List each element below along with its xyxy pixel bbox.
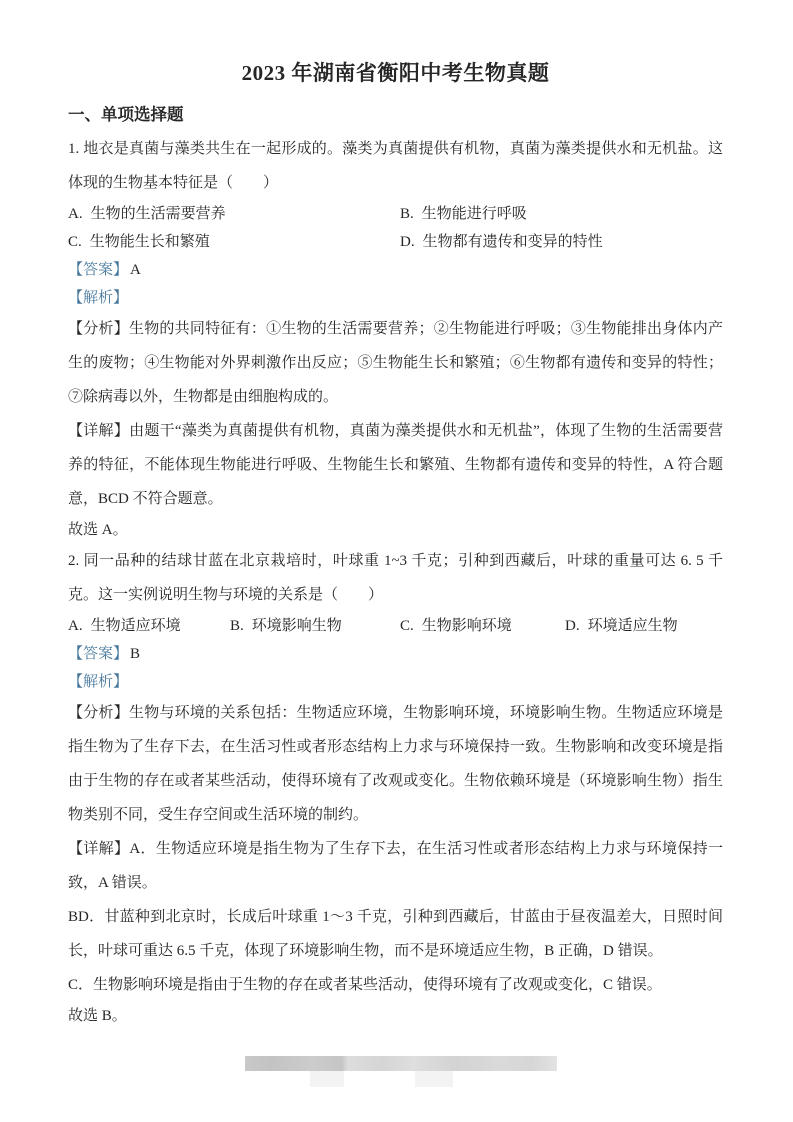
q1-options-row-1: A.生物的生活需要营养 B.生物能进行呼吸: [68, 200, 723, 228]
explain-tag: 【解析】: [68, 290, 128, 306]
document-page: 2023 年湖南省衡阳中考生物真题 一、单项选择题 1. 地衣是真菌与藻类共生在…: [0, 0, 793, 1122]
q1-options-row-2: C.生物能生长和繁殖 D.生物都有遗传和变异的特性: [68, 228, 723, 256]
section-heading: 一、单项选择题: [68, 102, 723, 128]
q2-options-row: A.生物适应环境 B.环境影响生物 C.生物影响环境 D.环境适应生物: [68, 612, 723, 640]
q1-option-c: C.生物能生长和繁殖: [68, 228, 400, 256]
explain-tag: 【解析】: [68, 674, 128, 690]
watermark-smudge: [310, 1071, 344, 1087]
q1-option-a: A.生物的生活需要营养: [68, 200, 400, 228]
page-title: 2023 年湖南省衡阳中考生物真题: [68, 58, 723, 88]
q2-stem: 2. 同一品种的结球甘蓝在北京栽培时，叶球重 1~3 千克；引种到西藏后，叶球的…: [68, 544, 723, 612]
q2-detail-c: C．生物影响环境是指由于生物的存在或者某些活动，使得环境有了改观或变化，C 错误…: [68, 968, 723, 1002]
q1-option-b: B.生物能进行呼吸: [400, 200, 527, 228]
q1-answer-line: 【答案】A: [68, 256, 723, 284]
q2-conclusion: 故选 B。: [68, 1002, 723, 1030]
q2-option-c: C.生物影响环境: [400, 612, 565, 640]
q2-detail-bd: BD．甘蓝种到北京时，长成后叶球重 1～3 千克，引种到西藏后，甘蓝由于昼夜温差…: [68, 900, 723, 968]
watermark-bar: [245, 1056, 557, 1071]
q1-explain-line: 【解析】: [68, 284, 723, 312]
q1-stem: 1. 地衣是真菌与藻类共生在一起形成的。藻类为真菌提供有机物，真菌为藻类提供水和…: [68, 132, 723, 200]
watermark-smudge: [415, 1071, 453, 1087]
q2-option-a: A.生物适应环境: [68, 612, 230, 640]
q1-option-d: D.生物都有遗传和变异的特性: [400, 228, 603, 256]
q2-explain-line: 【解析】: [68, 668, 723, 696]
answer-tag: 【答案】: [68, 262, 128, 278]
document-content: 2023 年湖南省衡阳中考生物真题 一、单项选择题 1. 地衣是真菌与藻类共生在…: [68, 58, 723, 1030]
q1-answer-value: A: [130, 262, 141, 278]
q1-analysis: 【分析】生物的共同特征有：①生物的生活需要营养；②生物能进行呼吸；③生物能排出身…: [68, 312, 723, 414]
q2-answer-value: B: [130, 646, 140, 662]
q2-detail-a: 【详解】A．生物适应环境是指生物为了生存下去，在生活习性或者形态结构上力求与环境…: [68, 832, 723, 900]
q2-option-d: D.环境适应生物: [565, 612, 678, 640]
q2-answer-line: 【答案】B: [68, 640, 723, 668]
q1-conclusion: 故选 A。: [68, 516, 723, 544]
q2-analysis: 【分析】生物与环境的关系包括：生物适应环境，生物影响环境，环境影响生物。生物适应…: [68, 696, 723, 832]
q1-detail: 【详解】由题干“藻类为真菌提供有机物，真菌为藻类提供水和无机盐”，体现了生物的生…: [68, 414, 723, 516]
q2-option-b: B.环境影响生物: [230, 612, 400, 640]
answer-tag: 【答案】: [68, 646, 128, 662]
